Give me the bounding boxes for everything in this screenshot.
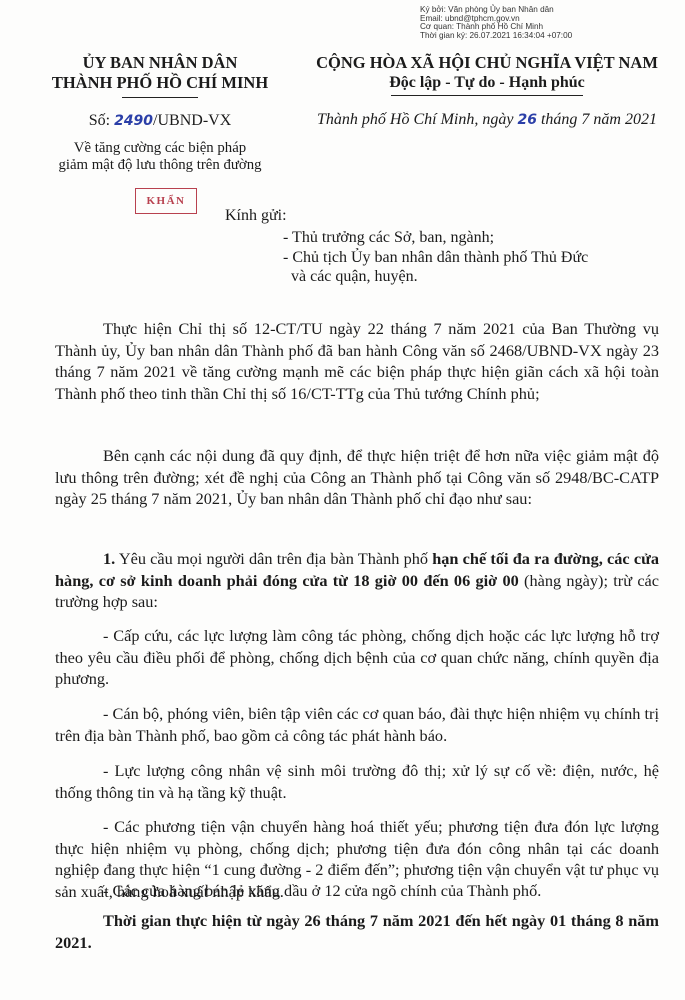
recipient-item: - Thủ trưởng các Sở, ban, ngành;	[283, 228, 588, 248]
exception-text: - Cấp cứu, các lực lượng làm công tác ph…	[55, 625, 659, 690]
digital-signature-block: Ký bởi: Văn phòng Ủy ban Nhân dân Email:…	[420, 6, 572, 40]
authority-line1: ỦY BAN NHÂN DÂN	[40, 53, 280, 73]
subject-line1: Về tăng cường các biện pháp	[40, 140, 280, 157]
recipients-list: - Thủ trưởng các Sở, ban, ngành; - Chủ t…	[283, 228, 588, 287]
exception-3: - Lực lượng công nhân vệ sinh môi trường…	[55, 760, 659, 803]
urgent-stamp: KHẨN	[135, 188, 197, 214]
exception-1: - Cấp cứu, các lực lượng làm công tác ph…	[55, 625, 659, 690]
implementation-period: Thời gian thực hiện từ ngày 26 tháng 7 n…	[55, 910, 659, 953]
doc-number-handwritten: 2490	[114, 113, 153, 129]
period-text: Thời gian thực hiện từ ngày 26 tháng 7 n…	[55, 910, 659, 953]
exception-text: - Lực lượng công nhân vệ sinh môi trường…	[55, 760, 659, 803]
exception-text: - Cán bộ, phóng viên, biên tập viên các …	[55, 703, 659, 746]
place-date-suffix: tháng 7 năm 2021	[537, 111, 657, 128]
doc-number-prefix: Số:	[89, 112, 114, 129]
recipients-label: Kính gửi:	[225, 207, 287, 225]
item-number: 1.	[103, 549, 115, 568]
directive-text: 1. Yêu cầu mọi người dân trên địa bàn Th…	[55, 548, 659, 613]
place-date: Thành phố Hồ Chí Minh, ngày 26 tháng 7 n…	[292, 111, 682, 129]
exception-text: - Các cửa hàng bán lẻ xăng dầu ở 12 cửa …	[55, 880, 659, 902]
issuing-authority: ỦY BAN NHÂN DÂN THÀNH PHỐ HỒ CHÍ MINH	[40, 53, 280, 98]
authority-divider	[122, 97, 198, 98]
recipient-item: và các quận, huyện.	[283, 267, 588, 287]
signature-time: Thời gian ký: 26.07.2021 16:34:04 +07:00	[420, 32, 572, 41]
directive-item-1: 1. Yêu cầu mọi người dân trên địa bàn Th…	[55, 548, 659, 613]
motto-line1: CỘNG HÒA XÃ HỘI CHỦ NGHĨA VIỆT NAM	[292, 53, 682, 73]
doc-number-suffix: /UBND-VX	[153, 112, 231, 129]
paragraph-text: Thực hiện Chỉ thị số 12-CT/TU ngày 22 th…	[55, 318, 659, 404]
paragraph-text: Bên cạnh các nội dung đã quy định, để th…	[55, 445, 659, 510]
item-plain: Yêu cầu mọi người dân trên địa bàn Thành…	[115, 549, 432, 568]
recipient-item: - Chủ tịch Ủy ban nhân dân thành phố Thủ…	[283, 248, 588, 268]
document-number: Số: 2490/UBND-VX	[40, 112, 280, 130]
day-handwritten: 26	[517, 112, 536, 128]
document-subject: Về tăng cường các biện pháp giảm mật độ …	[40, 140, 280, 174]
urgent-stamp-label: KHẨN	[147, 195, 186, 207]
subject-line2: giảm mật độ lưu thông trên đường	[40, 157, 280, 174]
motto-line2: Độc lập - Tự do - Hạnh phúc	[292, 73, 682, 93]
exception-2: - Cán bộ, phóng viên, biên tập viên các …	[55, 703, 659, 746]
place-date-prefix: Thành phố Hồ Chí Minh, ngày	[317, 111, 517, 128]
body-paragraph-1: Thực hiện Chỉ thị số 12-CT/TU ngày 22 th…	[55, 318, 659, 404]
exception-5: - Các cửa hàng bán lẻ xăng dầu ở 12 cửa …	[55, 880, 659, 902]
body-paragraph-2: Bên cạnh các nội dung đã quy định, để th…	[55, 445, 659, 510]
national-motto: CỘNG HÒA XÃ HỘI CHỦ NGHĨA VIỆT NAM Độc l…	[292, 53, 682, 96]
motto-divider	[391, 95, 583, 96]
authority-line2: THÀNH PHỐ HỒ CHÍ MINH	[40, 73, 280, 93]
